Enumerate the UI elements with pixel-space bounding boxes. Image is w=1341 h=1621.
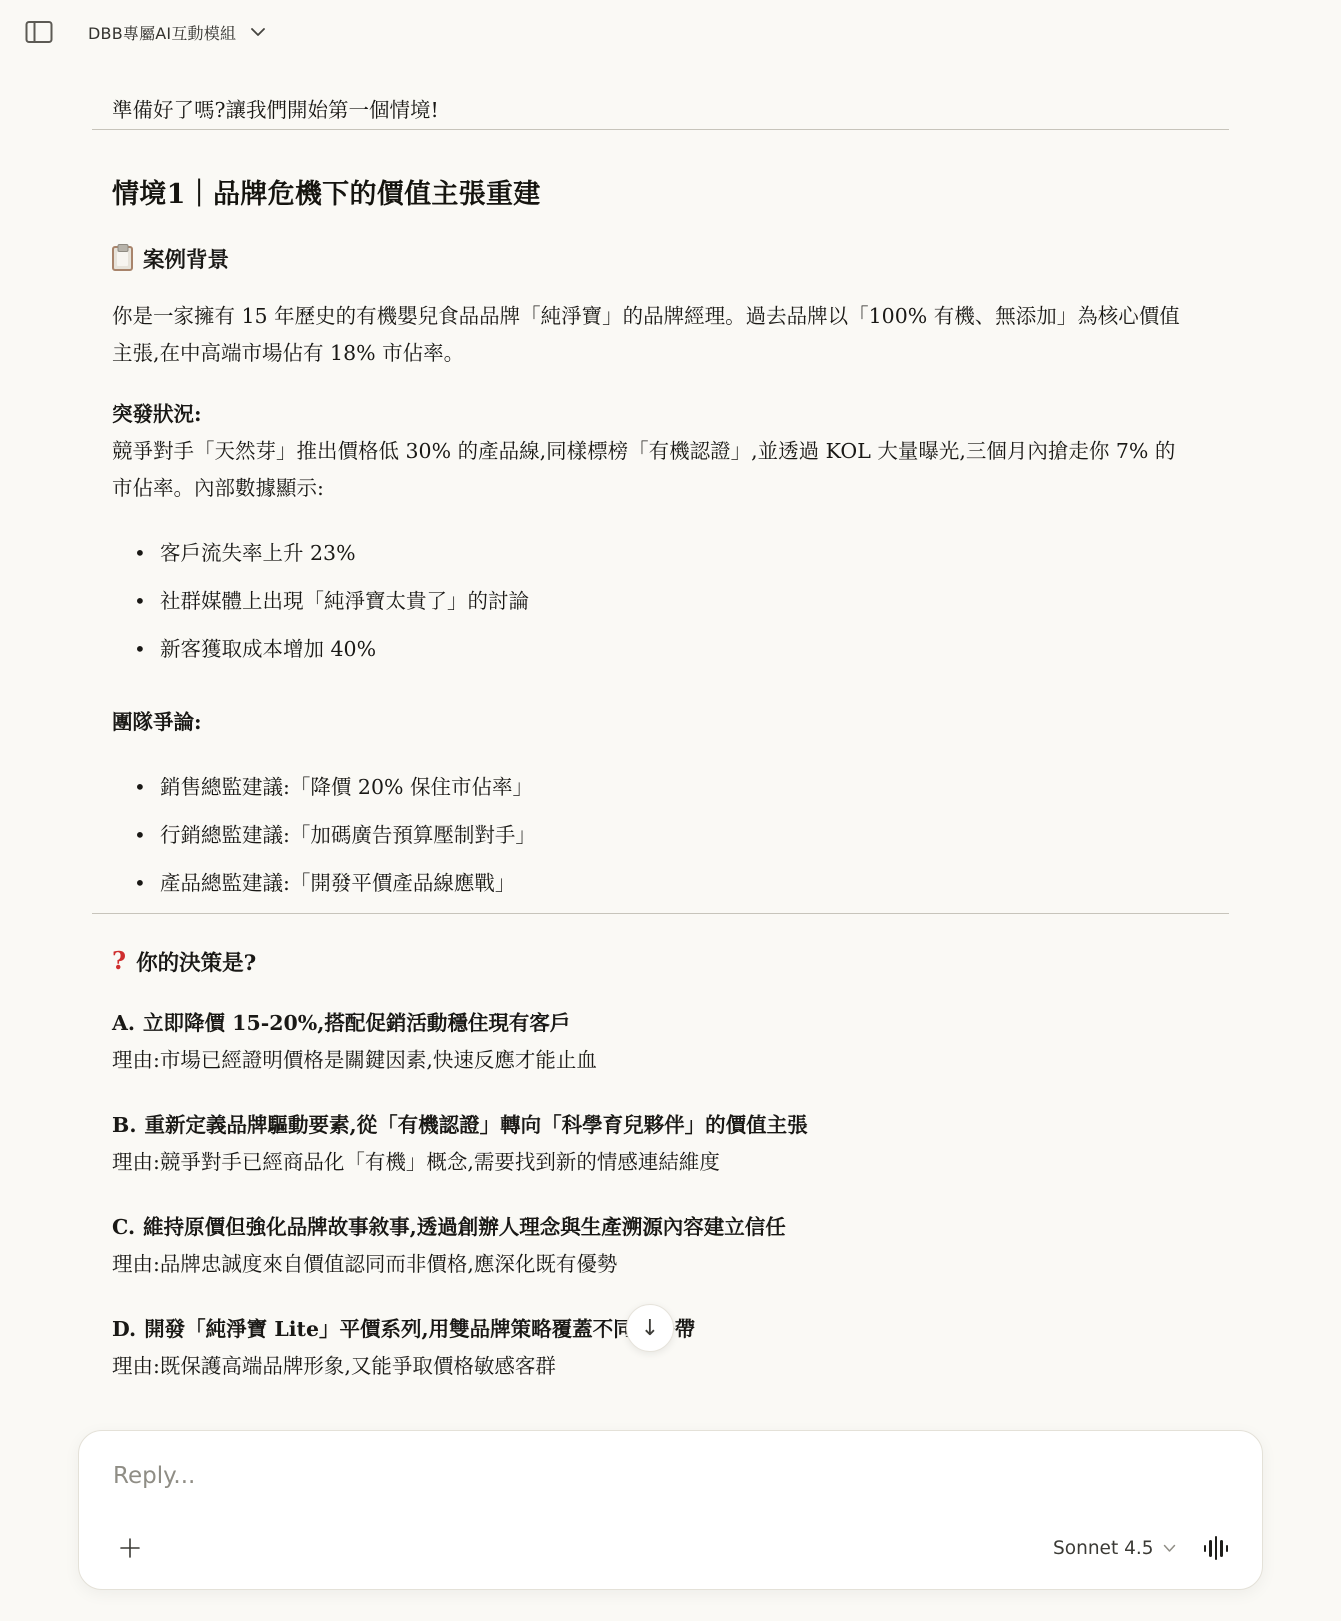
top-bar: DBB專屬AI互動模組 — [0, 0, 1341, 64]
situation-paragraph: 突發狀況: 競爭對手「天然芽」推出價格低 30% 的產品線,同樣標榜「有機認證」… — [112, 396, 1189, 507]
scroll-to-bottom-button[interactable]: ↓ — [626, 1304, 674, 1352]
situation-text: 競爭對手「天然芽」推出價格低 30% 的產品線,同樣標榜「有機認證」,並透過 K… — [112, 439, 1175, 500]
option-title: 重新定義品牌驅動要素,從「有機認證」轉向「科學育兒夥伴」的價值主張 — [144, 1113, 807, 1137]
clipboard-icon — [112, 246, 133, 271]
composer-toolbar: Sonnet 4.5 — [113, 1531, 1228, 1565]
scenario-title: 情境1｜品牌危機下的價值主張重建 — [112, 172, 1189, 211]
sidebar-toggle-icon — [25, 20, 53, 44]
conversation-title: DBB專屬AI互動模組 — [88, 21, 236, 44]
reply-composer: Reply... Sonnet 4.5 — [78, 1430, 1263, 1590]
option-a: A.立即降價 15-20%,搭配促銷活動穩住現有客戶 理由:市場已經證明價格是關… — [112, 1005, 1189, 1079]
option-reason: 理由:市場已經證明價格是關鍵因素,快速反應才能止血 — [112, 1048, 597, 1072]
option-title: 立即降價 15-20%,搭配促銷活動穩住現有客戶 — [143, 1011, 570, 1035]
option-title: 開發「純淨寶 Lite」平價系列,用雙品牌策略覆蓋不同價格帶 — [144, 1317, 695, 1341]
chevron-down-icon — [1163, 1544, 1176, 1553]
data-points-list: 客戶流失率上升 23% 社群媒體上出現「純淨寶太貴了」的討論 新客獲取成本增加 … — [112, 535, 1189, 668]
conversation-title-menu[interactable]: DBB專屬AI互動模組 — [88, 21, 266, 44]
divider — [92, 129, 1229, 130]
attach-button[interactable] — [113, 1531, 147, 1565]
option-label: C. — [112, 1215, 135, 1239]
list-item: 產品總監建議:「開發平價產品線應戰」 — [160, 865, 1189, 902]
reply-input[interactable]: Reply... — [113, 1463, 1228, 1489]
question-mark-icon: ? — [112, 946, 126, 975]
question-label: 你的決策是? — [136, 946, 256, 977]
list-item: 行銷總監建議:「加碼廣告預算壓制對手」 — [160, 817, 1189, 854]
voice-waveform-icon — [1204, 1545, 1207, 1552]
list-item: 客戶流失率上升 23% — [160, 535, 1189, 572]
background-paragraph: 你是一家擁有 15 年歷史的有機嬰兒食品品牌「純淨寶」的品牌經理。過去品牌以「1… — [112, 298, 1189, 372]
debate-label: 團隊爭論: — [112, 710, 202, 734]
debate-points-list: 銷售總監建議:「降價 20% 保住市佔率」 行銷總監建議:「加碼廣告預算壓制對手… — [112, 769, 1189, 902]
case-background-label: 案例背景 — [143, 243, 229, 274]
assistant-message: 準備好了嗎?讓我們開始第一個情境! 情境1｜品牌危機下的價值主張重建 案例背景 … — [92, 92, 1229, 1385]
option-title: 維持原價但強化品牌故事敘事,透過創辦人理念與生產溯源內容建立信任 — [143, 1215, 786, 1239]
option-label: A. — [112, 1011, 135, 1035]
intro-text: 準備好了嗎?讓我們開始第一個情境! — [112, 92, 1189, 129]
option-label: B. — [112, 1113, 136, 1137]
divider — [92, 913, 1229, 914]
debate-label-paragraph: 團隊爭論: — [112, 704, 1189, 741]
model-selector[interactable]: Sonnet 4.5 — [1053, 1538, 1175, 1559]
model-name: Sonnet 4.5 — [1053, 1538, 1153, 1559]
list-item: 銷售總監建議:「降價 20% 保住市佔率」 — [160, 769, 1189, 806]
voice-input-button[interactable] — [1204, 1535, 1229, 1561]
option-reason: 理由:既保護高端品牌形象,又能爭取價格敏感客群 — [112, 1354, 556, 1378]
list-item: 社群媒體上出現「純淨寶太貴了」的討論 — [160, 583, 1189, 620]
sidebar-toggle-button[interactable] — [24, 19, 54, 45]
option-reason: 理由:競爭對手已經商品化「有機」概念,需要找到新的情感連結維度 — [112, 1150, 720, 1174]
question-heading: ? 你的決策是? — [112, 946, 1189, 977]
plus-icon — [118, 1536, 142, 1560]
chevron-down-icon — [250, 27, 266, 37]
composer-right-controls: Sonnet 4.5 — [1053, 1535, 1228, 1561]
option-b: B.重新定義品牌驅動要素,從「有機認證」轉向「科學育兒夥伴」的價值主張 理由:競… — [112, 1107, 1189, 1181]
option-c: C.維持原價但強化品牌故事敘事,透過創辦人理念與生產溯源內容建立信任 理由:品牌… — [112, 1209, 1189, 1283]
down-arrow-icon: ↓ — [641, 1316, 659, 1341]
case-background-heading: 案例背景 — [112, 243, 1189, 274]
option-label: D. — [112, 1317, 136, 1341]
option-reason: 理由:品牌忠誠度來自價值認同而非價格,應深化既有優勢 — [112, 1252, 617, 1276]
situation-label: 突發狀況: — [112, 402, 202, 426]
list-item: 新客獲取成本增加 40% — [160, 631, 1189, 668]
